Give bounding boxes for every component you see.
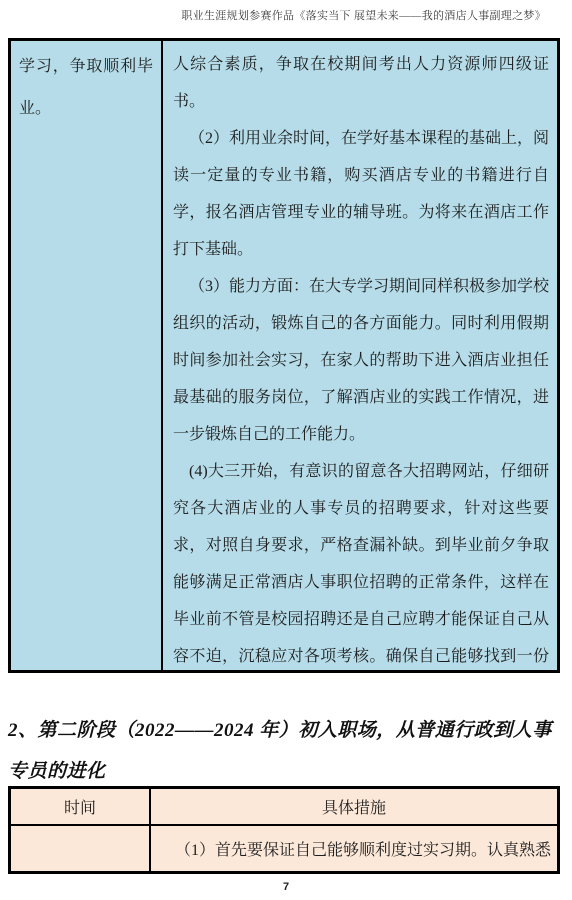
table-cell-goal: 学习，争取顺利毕业。 (11, 41, 163, 670)
column-header-time: 时间 (11, 789, 151, 824)
document-header-text: 职业生涯规划参赛作品《落实当下 展望未来——我的酒店人事副理之梦》 (0, 7, 546, 23)
section-heading-stage2: 2、第二阶段（2022——2024 年）初入职场，从普通行政到人事专员的进化 (8, 710, 566, 792)
measure-paragraph-2: （2）利用业余时间，在学好基本课程的基础上，阅读一定量的专业书籍，购买酒店专业的… (173, 120, 549, 268)
measure-paragraph-4: (4)大三开始，有意识的留意各大招聘网站，仔细研究各大酒店业的人事专员的招聘要求… (173, 453, 549, 670)
table-cell-measure: （1）首先要保证自己能够顺利度过实习期。认真熟悉 (151, 826, 557, 871)
column-header-measures: 具体措施 (151, 789, 557, 824)
table-cell-time (11, 826, 151, 871)
measure-paragraph-3: （3）能力方面：在大专学习期间同样积极参加学校组织的活动，锻炼自己的各方面能力。… (173, 268, 549, 453)
table-row: （1）首先要保证自己能够顺利度过实习期。认真熟悉 (11, 826, 557, 871)
table-cell-measures: 人综合素质，争取在校期间考出人力资源师四级证书。 （2）利用业余时间，在学好基本… (163, 41, 557, 670)
page-number: 7 (0, 881, 572, 893)
table-header-row: 时间 具体措施 (11, 789, 557, 826)
document-page: 职业生涯规划参赛作品《落实当下 展望未来——我的酒店人事副理之梦》 学习，争取顺… (0, 0, 572, 900)
measure-paragraph-continuation: 人综合素质，争取在校期间考出人力资源师四级证书。 (173, 46, 549, 120)
stage2-measures-table: 时间 具体措施 （1）首先要保证自己能够顺利度过实习期。认真熟悉 (8, 786, 560, 874)
stage1-measures-table: 学习，争取顺利毕业。 人综合素质，争取在校期间考出人力资源师四级证书。 （2）利… (8, 38, 560, 673)
